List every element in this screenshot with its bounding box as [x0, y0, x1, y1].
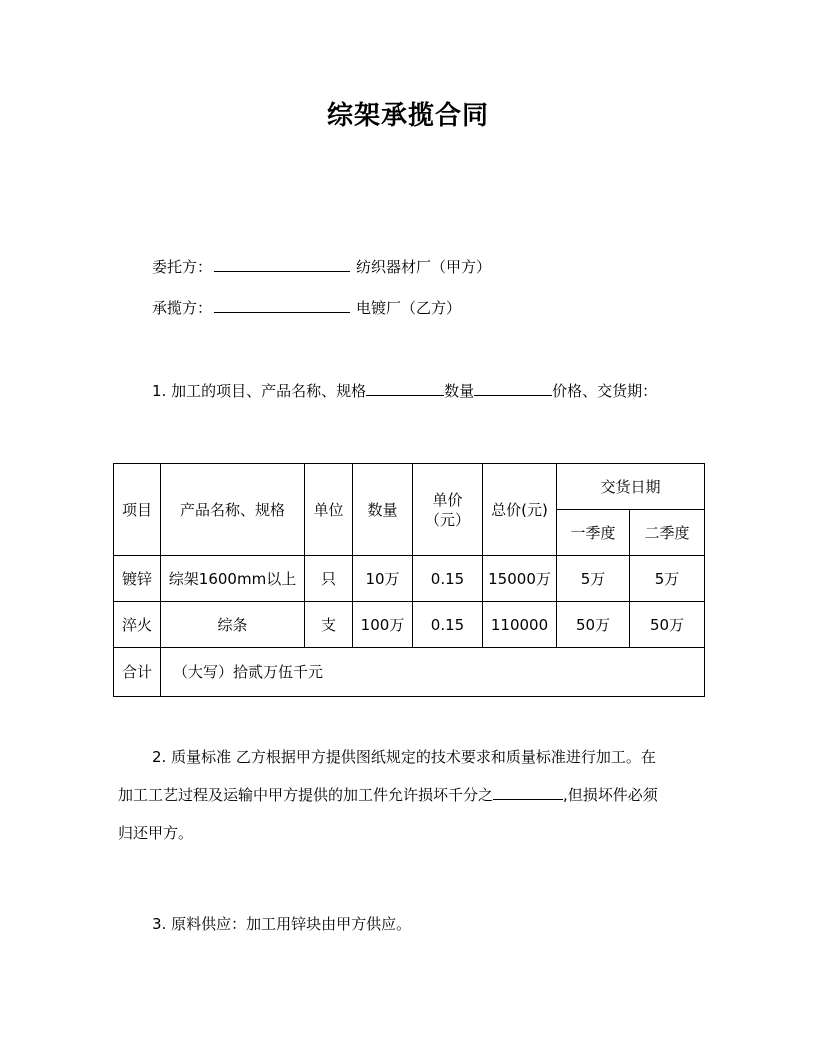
party-client-blank: [214, 257, 350, 272]
table-row: 镀锌 综架1600mm以上 只 10万 0.15 15000万 5万 5万: [114, 556, 705, 602]
clause-2-line2-suffix: ,但损坏件必须: [563, 786, 658, 804]
clause-1-suffix: 价格、交货期：: [552, 382, 657, 400]
clause-2: 2. 质量标准 乙方根据甲方提供图纸规定的技术要求和质量标准进行加工。在 加工工…: [118, 738, 698, 852]
header-product: 产品名称、规格: [161, 464, 305, 556]
header-unit-price-line1: 单价: [413, 490, 482, 510]
table-header-row: 项目 产品名称、规格 单位 数量 单价 （元） 总价(元) 交货日期: [114, 464, 705, 510]
clause-1: 1. 加工的项目、产品名称、规格数量价格、交货期：: [152, 381, 657, 401]
clause-2-line3: 归还甲方。: [118, 814, 698, 852]
party-client-line: 委托方：纺织器材厂（甲方）: [152, 257, 491, 277]
cell-product: 综架1600mm以上: [161, 556, 305, 602]
cell-quantity: 10万: [353, 556, 413, 602]
header-unit-price: 单价 （元）: [413, 464, 483, 556]
header-q2: 二季度: [630, 510, 705, 556]
header-item: 项目: [114, 464, 161, 556]
spec-blank: [366, 381, 444, 396]
total-amount-text: （大写）拾贰万伍千元: [161, 648, 705, 697]
cell-total-price: 15000万: [483, 556, 557, 602]
cell-unit-price: 0.15: [413, 556, 483, 602]
cell-q2: 5万: [630, 556, 705, 602]
cell-unit-price: 0.15: [413, 602, 483, 648]
cell-unit: 只: [305, 556, 353, 602]
header-unit: 单位: [305, 464, 353, 556]
total-label: 合计: [114, 648, 161, 697]
table-row: 淬火 综条 支 100万 0.15 110000 50万 50万: [114, 602, 705, 648]
table-total-row: 合计 （大写）拾贰万伍千元: [114, 648, 705, 697]
cell-q1: 50万: [557, 602, 630, 648]
party-client-name: 纺织器材厂（甲方）: [356, 258, 491, 276]
party-contractor-blank: [214, 298, 350, 313]
cell-total-price: 110000: [483, 602, 557, 648]
header-total-price: 总价(元): [483, 464, 557, 556]
cell-q1: 5万: [557, 556, 630, 602]
cell-product: 综条: [161, 602, 305, 648]
header-quantity: 数量: [353, 464, 413, 556]
party-contractor-line: 承揽方：电镀厂（乙方）: [152, 298, 461, 318]
party-contractor-name: 电镀厂（乙方）: [356, 299, 461, 317]
party-client-label: 委托方：: [152, 258, 212, 276]
cell-quantity: 100万: [353, 602, 413, 648]
clause-1-prefix: 1. 加工的项目、产品名称、规格: [152, 382, 366, 400]
clause-2-line1-text: 2. 质量标准 乙方根据甲方提供图纸规定的技术要求和质量标准进行加工。在: [152, 748, 656, 766]
party-contractor-label: 承揽方：: [152, 299, 212, 317]
goods-table: 项目 产品名称、规格 单位 数量 单价 （元） 总价(元) 交货日期 一季度 二…: [113, 463, 705, 697]
document-title: 综架承揽合同: [0, 98, 816, 134]
cell-unit: 支: [305, 602, 353, 648]
cell-q2: 50万: [630, 602, 705, 648]
header-delivery: 交货日期: [557, 464, 705, 510]
header-unit-price-line2: （元）: [413, 510, 482, 530]
quantity-blank: [474, 381, 552, 396]
clause-3-text: 3. 原料供应：加工用锌块由甲方供应。: [152, 915, 411, 933]
clause-1-middle: 数量: [444, 382, 474, 400]
cell-item: 镀锌: [114, 556, 161, 602]
header-q1: 一季度: [557, 510, 630, 556]
clause-3: 3. 原料供应：加工用锌块由甲方供应。: [118, 905, 698, 943]
clause-2-line2-prefix: 加工工艺过程及运输中甲方提供的加工件允许损坏千分之: [118, 786, 493, 804]
clause-2-line2: 加工工艺过程及运输中甲方提供的加工件允许损坏千分之,但损坏件必须: [118, 776, 698, 814]
damage-ratio-blank: [493, 785, 563, 800]
cell-item: 淬火: [114, 602, 161, 648]
clause-2-line1: 2. 质量标准 乙方根据甲方提供图纸规定的技术要求和质量标准进行加工。在: [118, 738, 698, 776]
